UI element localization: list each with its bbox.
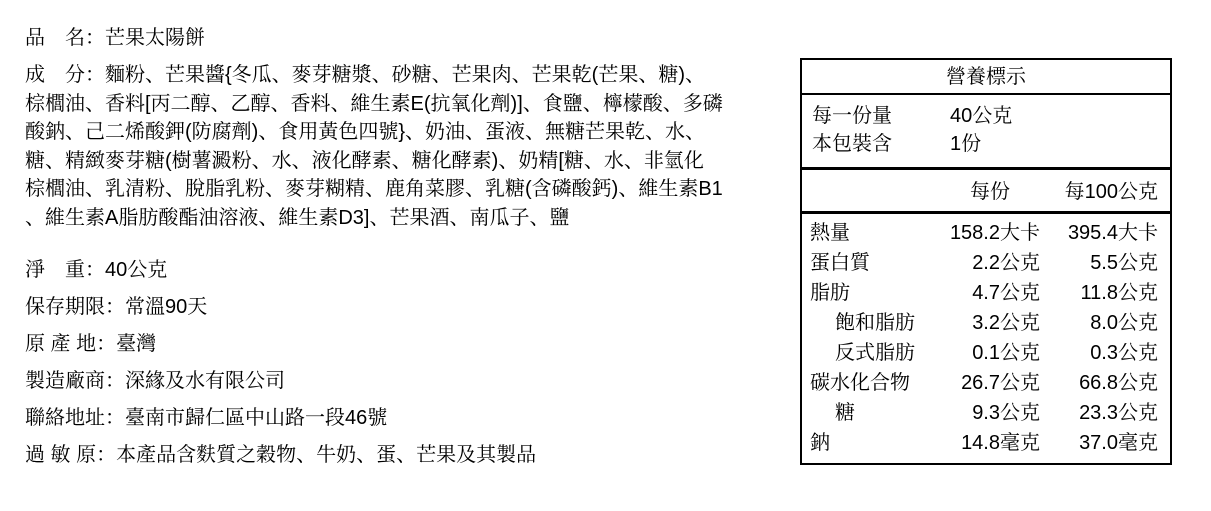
row-trans-fat: 反式脂肪 0.1公克 0.3公克: [802, 338, 1170, 368]
row-saturated-fat: 飽和脂肪 3.2公克 8.0公克: [802, 308, 1170, 338]
ingredients-line: 成 分：麵粉、芒果醬{冬瓜、麥芽糖漿、砂糖、芒果肉、芒果乾(芒果、糖)、: [25, 61, 797, 90]
per-100g-value: 8.0公克: [1040, 308, 1170, 338]
ingredients-label: 成 分: [25, 64, 85, 86]
row-calories: 熱量 158.2大卡 395.4大卡: [802, 218, 1170, 248]
servings-per-package-row: 本包裝含 1份: [802, 130, 1170, 158]
nutrition-serving-section: 每一份量 40公克 本包裝含 1份: [802, 95, 1170, 170]
shelf-life-field: 保存期限：常溫90天: [25, 293, 797, 321]
address-value: 臺南市歸仁區中山路一段46號: [125, 407, 387, 429]
per-100g-column-header: 每100公克: [1040, 180, 1170, 204]
per-serving-value: 9.3公克: [940, 398, 1040, 428]
colon-separator: ：: [85, 64, 105, 86]
nutrient-name: 碳水化合物: [802, 368, 940, 398]
per-serving-column-header: 每份: [940, 180, 1040, 204]
product-info-block: 品 名：芒果太陽餅 成 分：麵粉、芒果醬{冬瓜、麥芽糖漿、砂糖、芒果肉、芒果乾(…: [25, 24, 797, 478]
manufacturer-label: 製造廠商: [25, 370, 105, 392]
per-serving-value: 3.2公克: [940, 308, 1040, 338]
allergen-value: 本產品含麩質之穀物、牛奶、蛋、芒果及其製品: [116, 444, 536, 466]
nutrition-title: 營養標示: [802, 60, 1170, 95]
ingredients-field: 成 分：麵粉、芒果醬{冬瓜、麥芽糖漿、砂糖、芒果肉、芒果乾(芒果、糖)、 棕櫚油…: [25, 61, 797, 232]
ingredients-line: 、維生素A脂肪酸酯油溶液、維生素D3]、芒果酒、南瓜子、鹽: [25, 204, 797, 233]
per-serving-value: 26.7公克: [940, 368, 1040, 398]
address-field: 聯絡地址：臺南市歸仁區中山路一段46號: [25, 404, 797, 432]
per-100g-value: 66.8公克: [1040, 368, 1170, 398]
per-100g-value: 11.8公克: [1040, 278, 1170, 308]
colon-separator: ：: [96, 333, 116, 355]
origin-value: 臺灣: [116, 333, 156, 355]
colon-separator: ：: [96, 444, 116, 466]
colon-separator: ：: [105, 296, 125, 318]
per-serving-value: 4.7公克: [940, 278, 1040, 308]
row-sugar: 糖 9.3公克 23.3公克: [802, 398, 1170, 428]
per-100g-value: 37.0毫克: [1040, 428, 1170, 458]
ingredients-line: 棕櫚油、香料[丙二醇、乙醇、香料、維生素E(抗氧化劑)]、食鹽、檸檬酸、多磷: [25, 90, 797, 119]
net-weight-value: 40公克: [105, 259, 167, 281]
servings-per-package-value: 1份: [950, 130, 981, 158]
net-weight-field: 淨 重：40公克: [25, 256, 797, 284]
nutrient-name: 熱量: [802, 218, 940, 248]
nutrient-name: 脂肪: [802, 278, 940, 308]
per-100g-value: 395.4大卡: [1040, 218, 1170, 248]
manufacturer-field: 製造廠商：深緣及水有限公司: [25, 367, 797, 395]
product-name-label: 品 名: [25, 27, 85, 49]
nutrition-rows: 熱量 158.2大卡 395.4大卡 蛋白質 2.2公克 5.5公克 脂肪 4.…: [802, 214, 1170, 463]
colon-separator: ：: [105, 370, 125, 392]
row-protein: 蛋白質 2.2公克 5.5公克: [802, 248, 1170, 278]
allergen-field: 過 敏 原：本產品含麩質之穀物、牛奶、蛋、芒果及其製品: [25, 441, 797, 469]
nutrition-column-headers: 每份 每100公克: [802, 170, 1170, 214]
product-label-page: 品 名：芒果太陽餅 成 分：麵粉、芒果醬{冬瓜、麥芽糖漿、砂糖、芒果肉、芒果乾(…: [0, 0, 1211, 511]
manufacturer-value: 深緣及水有限公司: [125, 370, 285, 392]
shelf-life-label: 保存期限: [25, 296, 105, 318]
per-100g-value: 5.5公克: [1040, 248, 1170, 278]
origin-field: 原 產 地：臺灣: [25, 330, 797, 358]
product-name-field: 品 名：芒果太陽餅: [25, 24, 797, 52]
per-serving-value: 2.2公克: [940, 248, 1040, 278]
net-weight-label: 淨 重: [25, 259, 85, 281]
serving-size-row: 每一份量 40公克: [802, 102, 1170, 130]
row-carbohydrate: 碳水化合物 26.7公克 66.8公克: [802, 368, 1170, 398]
serving-size-label: 每一份量: [812, 102, 950, 130]
ingredients-text: 麵粉、芒果醬{冬瓜、麥芽糖漿、砂糖、芒果肉、芒果乾(芒果、糖)、: [105, 64, 705, 86]
nutrient-name: 蛋白質: [802, 248, 940, 278]
per-serving-value: 158.2大卡: [940, 218, 1040, 248]
colon-separator: ：: [85, 27, 105, 49]
row-sodium: 鈉 14.8毫克 37.0毫克: [802, 428, 1170, 458]
nutrient-name: 反式脂肪: [802, 338, 940, 368]
nutrient-name: 鈉: [802, 428, 940, 458]
row-fat: 脂肪 4.7公克 11.8公克: [802, 278, 1170, 308]
shelf-life-value: 常溫90天: [125, 296, 207, 318]
servings-per-package-label: 本包裝含: [812, 130, 950, 158]
per-serving-value: 0.1公克: [940, 338, 1040, 368]
per-serving-value: 14.8毫克: [940, 428, 1040, 458]
nutrient-name: 飽和脂肪: [802, 308, 940, 338]
ingredients-line: 棕櫚油、乳清粉、脫脂乳粉、麥芽糊精、鹿角菜膠、乳糖(含磷酸鈣)、維生素B1: [25, 175, 797, 204]
product-name-value: 芒果太陽餅: [105, 27, 205, 49]
nutrition-table: 營養標示 每一份量 40公克 本包裝含 1份 每份 每100公克 熱量 158.…: [800, 58, 1172, 465]
ingredients-line: 酸鈉、己二烯酸鉀(防腐劑)、食用黃色四號}、奶油、蛋液、無糖芒果乾、水、: [25, 118, 797, 147]
serving-size-value: 40公克: [950, 102, 1012, 130]
origin-label: 原 產 地: [25, 333, 96, 355]
per-100g-value: 0.3公克: [1040, 338, 1170, 368]
colon-separator: ：: [85, 259, 105, 281]
per-100g-value: 23.3公克: [1040, 398, 1170, 428]
nutrient-name: 糖: [802, 398, 940, 428]
ingredients-line: 糖、精緻麥芽糖(樹薯澱粉、水、液化酵素、糖化酵素)、奶精[糖、水、非氫化: [25, 147, 797, 176]
address-label: 聯絡地址: [25, 407, 105, 429]
colon-separator: ：: [105, 407, 125, 429]
allergen-label: 過 敏 原: [25, 444, 96, 466]
